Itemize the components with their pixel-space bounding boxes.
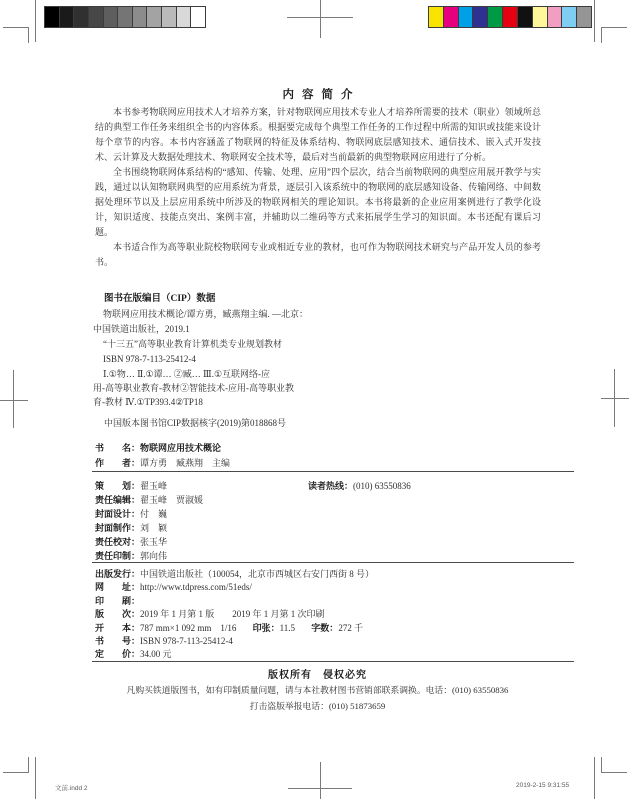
copyright-notice: 版权所有 侵权必究 xyxy=(95,666,540,681)
publishing-row: 开 本：787 mm×1 092 mm 1/16 印张：11.5 字数：272 … xyxy=(95,622,575,635)
publishing-row: 定 价：34.00 元 xyxy=(95,648,575,661)
book-copyright-page: 内容简介 本书参考物联网应用技术人才培养方案，针对物联网应用技术专业人才培养所需… xyxy=(0,0,629,799)
publishing-row: 书 号：ISBN 978-7-113-25412-4 xyxy=(95,635,575,648)
register-mark-top-center-horizontal xyxy=(287,17,353,18)
publishing-row: 出版发行：中国铁道出版社（100054，北京市西城区右安门西街 8 号） xyxy=(95,568,575,581)
crop-mark-top-left-vertical xyxy=(35,0,36,42)
anti-piracy-hotline-line: 打击盗版举报电话：(010) 51873659 xyxy=(95,699,540,712)
cip-line: 用-高等职业教育-教材②智能技术-应用-高等职业教 xyxy=(93,381,294,395)
field-value: 付 巍 xyxy=(140,509,167,519)
crop-mark-top-right-corner xyxy=(601,27,627,43)
crop-mark-top-left-corner xyxy=(3,27,29,43)
cip-line: “十三五”高等职业教育计算机类专业规划教材 xyxy=(93,337,308,352)
publishing-row: 网 址：http://www.tdpress.com/51eds/ xyxy=(95,581,575,594)
field-value: 郭向伟 xyxy=(140,551,167,561)
field-value: 787 mm×1 092 mm 1/16 xyxy=(140,623,236,633)
field-label: 印张： xyxy=(253,623,280,633)
cip-line: 育-教材 Ⅳ.①TP393.4②TP18 xyxy=(93,395,294,409)
publishing-row: 印 刷： xyxy=(95,595,575,608)
field-label: 书 名： xyxy=(95,443,140,453)
field-value: 翟玉峰 xyxy=(140,481,167,491)
cip-publication-lines: 物联网应用技术概论/谭方勇，臧燕翔主编. —北京： 中国铁道出版社，2019.1… xyxy=(93,307,308,367)
field-label: 印 刷： xyxy=(95,596,140,606)
cip-line: Ⅰ.①物… Ⅱ.①谭… ②臧… Ⅲ.①互联网络-应 xyxy=(93,367,294,381)
reader-hotline: 读者热线：(010) 63550836 xyxy=(308,479,411,493)
field-label: 书 号： xyxy=(95,636,140,646)
register-mark-top-center-vertical xyxy=(320,0,321,38)
field-label: 责任编辑： xyxy=(95,495,140,505)
book-author-row: 作 者：谭方勇 臧燕翔 主编 xyxy=(95,456,575,471)
summary-title: 内容简介 xyxy=(95,86,540,102)
field-label: 版 次： xyxy=(95,609,140,619)
color-calibration-bar xyxy=(428,6,592,28)
register-mark-bottom-center-vertical xyxy=(320,762,321,799)
field-label: 字数： xyxy=(311,623,338,633)
summary-paragraph-2: 全书围绕物联网体系结构的“感知、传输、处理、应用”四个层次，结合当前物联网的典型… xyxy=(95,165,541,240)
book-title-row: 书 名：物联网应用技术概论 xyxy=(95,441,575,456)
book-title-block: 书 名：物联网应用技术概论 作 者：谭方勇 臧燕翔 主编 xyxy=(95,441,575,471)
publishing-row: 版 次：2019 年 1 月第 1 版 2019 年 1 月第 1 次印刷 xyxy=(95,608,575,621)
field-label: 定 价： xyxy=(95,649,140,659)
summary-paragraph-1: 本书参考物联网应用技术人才培养方案，针对物联网应用技术专业人才培养所需要的技术（… xyxy=(95,105,541,165)
price-value: 34.00 元 xyxy=(140,649,172,659)
staff-row: 策 划：翟玉峰 读者热线：(010) 63550836 xyxy=(95,479,575,493)
staff-row: 封面制作：刘 颖 xyxy=(95,521,575,535)
prepress-filename: 文前.indd 2 xyxy=(55,783,88,792)
register-mark-left-middle-horizontal xyxy=(0,400,28,401)
summary-paragraph-3: 本书适合作为高等职业院校物联网专业或相近专业的教材，也可作为物联网技术研究与产品… xyxy=(95,240,541,270)
register-mark-bottom-center-horizontal xyxy=(288,788,352,789)
field-value: 张玉华 xyxy=(140,537,167,547)
cip-line: 物联网应用技术概论/谭方勇，臧燕翔主编. —北京： xyxy=(93,307,308,322)
register-mark-right-middle-horizontal xyxy=(601,398,629,399)
staff-row: 封面设计：付 巍 xyxy=(95,507,575,521)
staff-block: 策 划：翟玉峰 读者热线：(010) 63550836 责任编辑：翟玉峰 贾淑媛… xyxy=(95,479,575,563)
publishing-block: 出版发行：中国铁道出版社（100054，北京市西城区右安门西街 8 号） 网 址… xyxy=(95,568,575,662)
grayscale-calibration-bar xyxy=(44,6,206,28)
prepress-timestamp: 2019-2-15 9:31:55 xyxy=(516,782,569,789)
website-url: http://www.tdpress.com/51eds/ xyxy=(140,582,252,592)
field-label: 开 本： xyxy=(95,623,140,633)
cip-line: ISBN 978-7-113-25412-4 xyxy=(93,352,308,367)
field-value: 中国铁道出版社（100054，北京市西城区右安门西街 8 号） xyxy=(140,569,374,579)
isbn-value: ISBN 978-7-113-25412-4 xyxy=(140,636,233,646)
cip-classification-lines: Ⅰ.①物… Ⅱ.①谭… ②臧… Ⅲ.①互联网络-应 用-高等职业教育-教材②智能… xyxy=(93,367,294,409)
field-value: (010) 63550836 xyxy=(353,481,411,491)
field-label: 出版发行： xyxy=(95,569,140,579)
field-label: 责任校对： xyxy=(95,537,140,547)
field-label: 责任印制： xyxy=(95,551,140,561)
summary-paragraphs: 本书参考物联网应用技术人才培养方案，针对物联网应用技术专业人才培养所需要的技术（… xyxy=(95,105,541,270)
field-label: 网 址： xyxy=(95,582,140,592)
crop-mark-bottom-left-vertical xyxy=(35,757,36,799)
field-label: 封面设计： xyxy=(95,509,140,519)
cip-record-number: 中国版本图书馆CIP数据核字(2019)第018868号 xyxy=(104,416,286,429)
crop-mark-bottom-right-vertical xyxy=(594,757,595,799)
divider-rule xyxy=(92,562,574,563)
field-label: 封面制作： xyxy=(95,523,140,533)
copyright-contact-line: 凡购买铁道版图书，如有印制质量问题，请与本社教材图书营销部联系调换。电话：(01… xyxy=(95,683,540,696)
field-value: 2019 年 1 月第 1 版 2019 年 1 月第 1 次印刷 xyxy=(140,609,325,619)
crop-mark-top-right-vertical xyxy=(594,0,595,42)
divider-rule xyxy=(92,471,574,472)
field-label: 作 者： xyxy=(95,458,140,468)
divider-rule xyxy=(92,661,574,662)
staff-row: 责任编辑：翟玉峰 贾淑媛 xyxy=(95,493,575,507)
crop-mark-bottom-left-corner xyxy=(3,757,29,773)
field-value: 谭方勇 臧燕翔 主编 xyxy=(140,458,230,468)
cip-heading: 图书在版编目（CIP）数据 xyxy=(104,290,215,304)
field-label: 读者热线： xyxy=(308,481,353,491)
field-value: 272 千 xyxy=(338,623,363,633)
register-mark-left-middle-vertical xyxy=(13,370,14,428)
field-value: 翟玉峰 贾淑媛 xyxy=(140,495,203,505)
cip-line: 中国铁道出版社，2019.1 xyxy=(93,322,308,337)
field-value: 物联网应用技术概论 xyxy=(140,443,221,453)
field-value: 刘 颖 xyxy=(140,523,167,533)
staff-row: 责任校对：张玉华 xyxy=(95,535,575,549)
crop-mark-bottom-right-corner xyxy=(601,757,627,773)
staff-row: 责任印制：郭向伟 xyxy=(95,549,575,563)
field-value: 11.5 xyxy=(280,623,295,633)
field-label: 策 划： xyxy=(95,481,140,491)
